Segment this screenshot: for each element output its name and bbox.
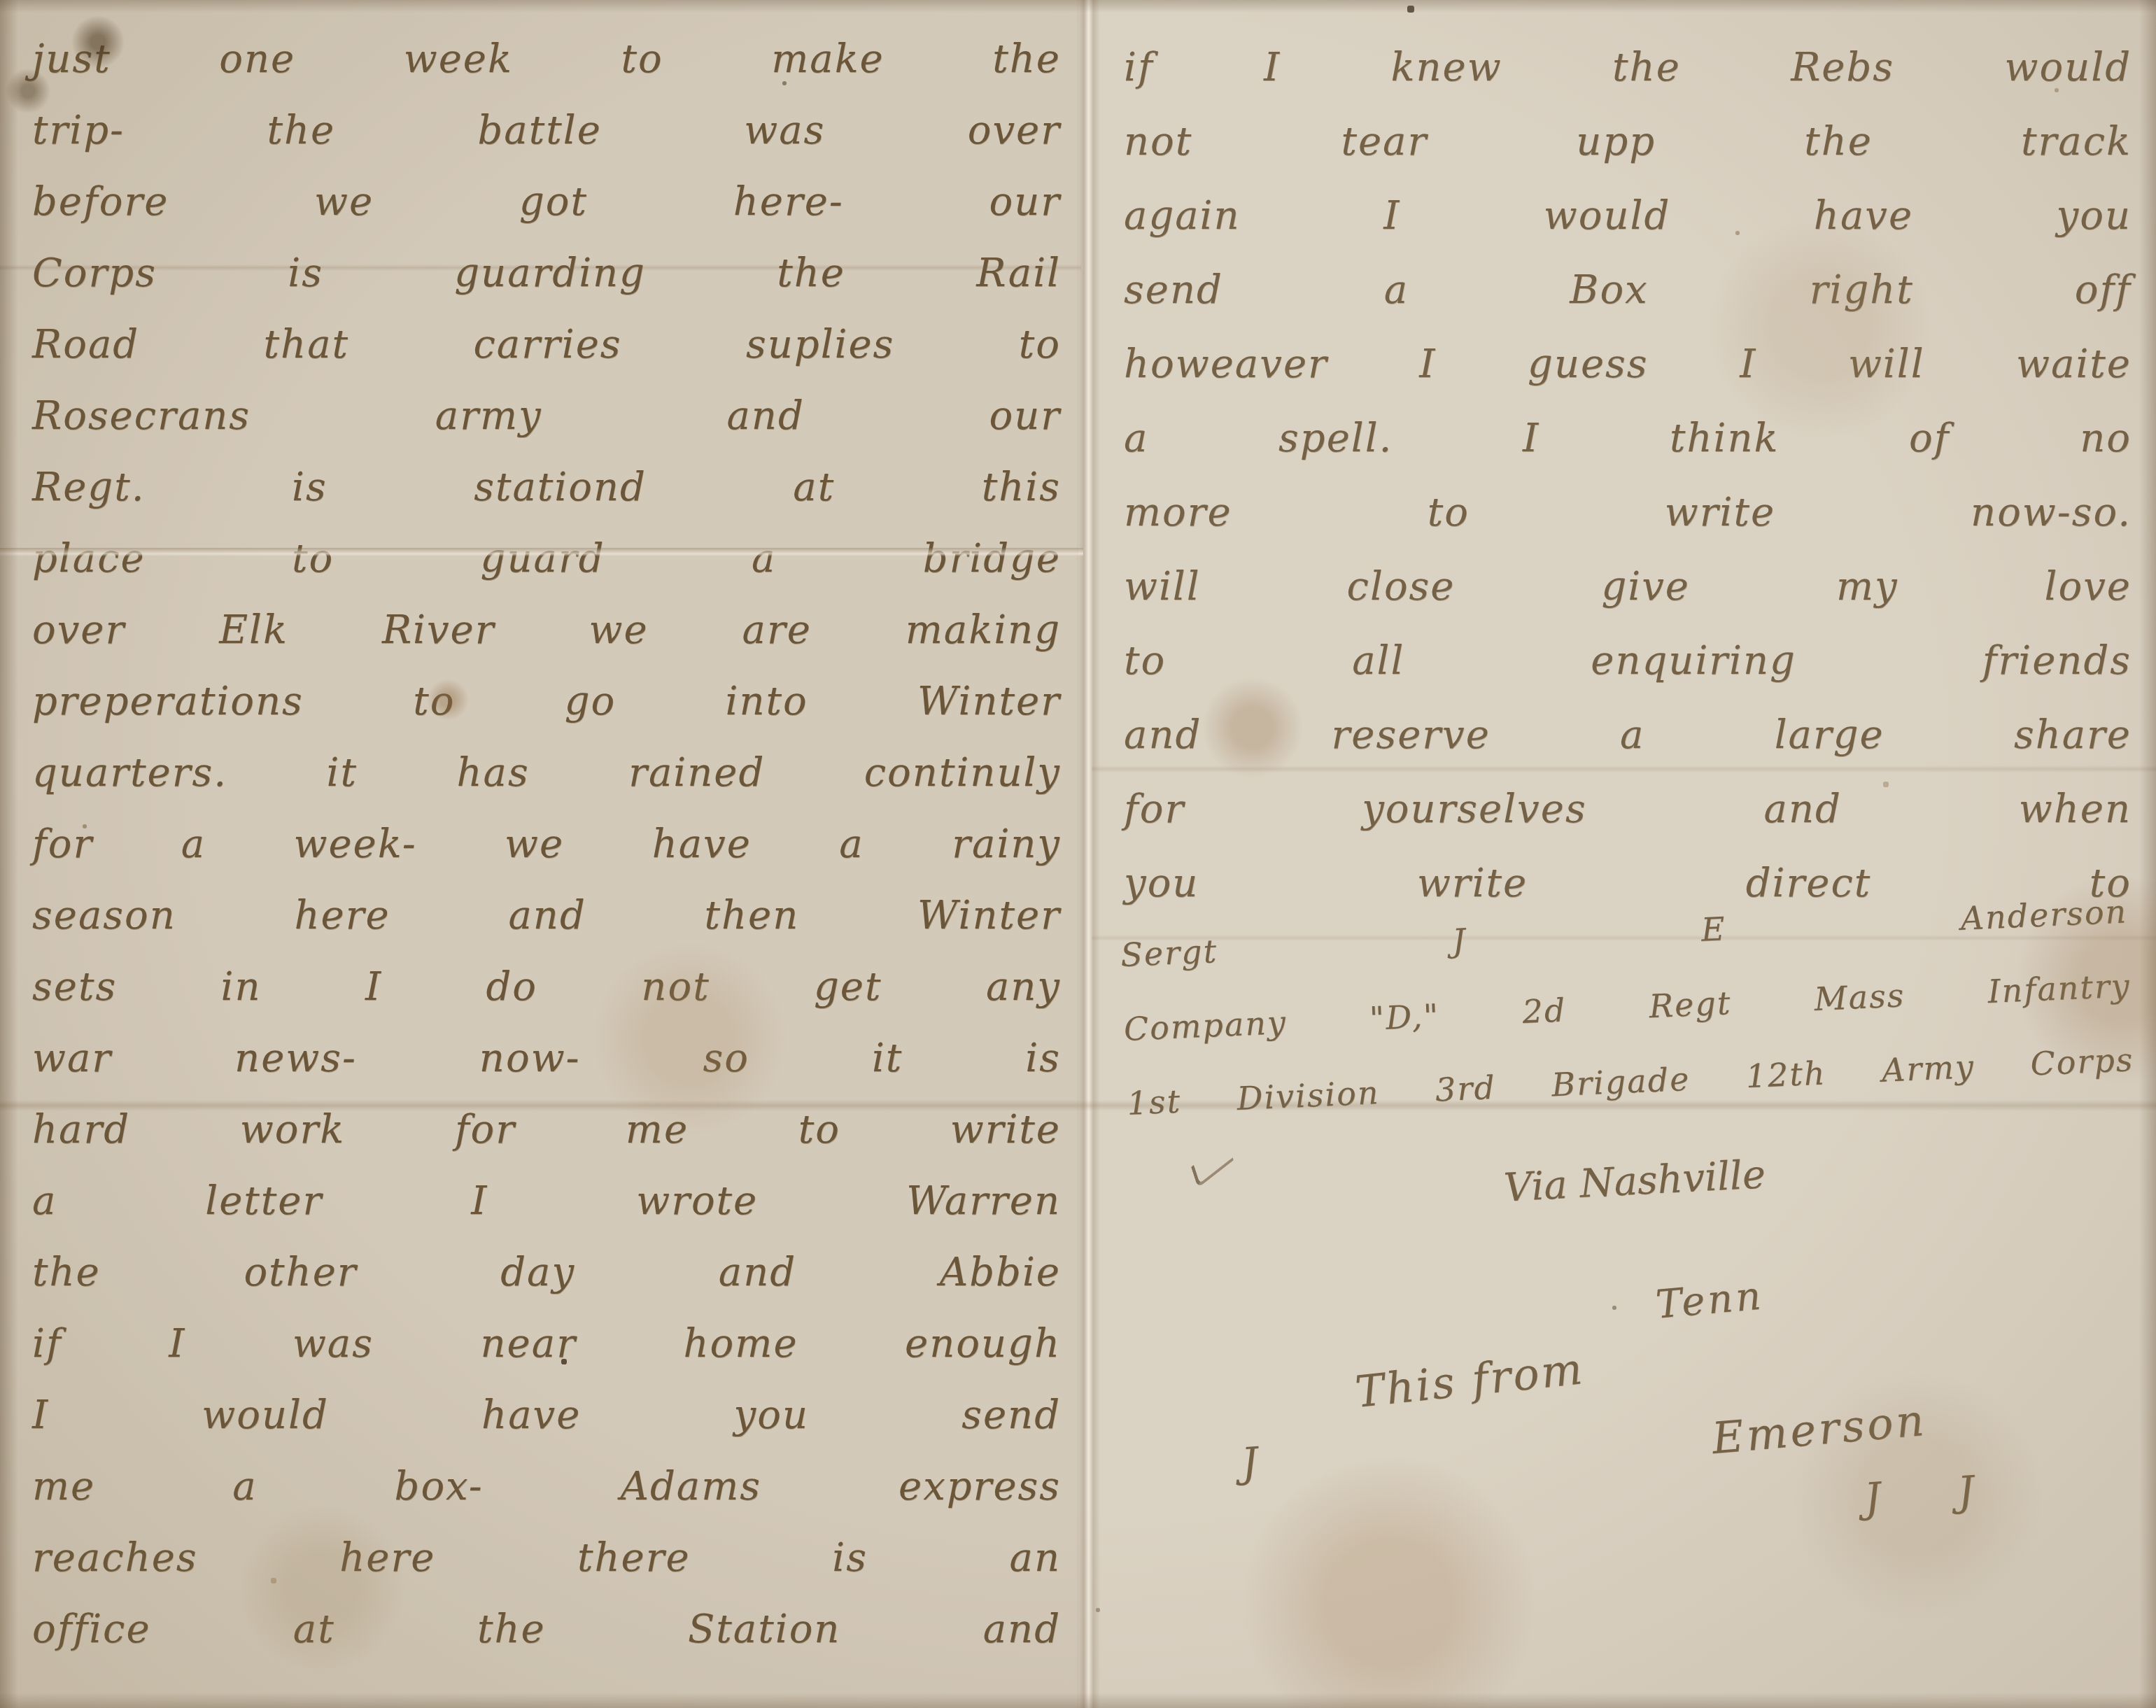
letter-line: Road that carries suplies to: [32, 309, 1061, 381]
letter-line: sets in I do not get any: [32, 952, 1061, 1023]
letter-line: quarters. it has rained continuly: [32, 737, 1061, 809]
letter-line: to all enquiring friends: [1124, 624, 2132, 698]
closing-phrase: This from: [1353, 1343, 1586, 1418]
letter-line: again I would have you: [1124, 179, 2132, 253]
letter-line: over Elk River we are making: [32, 595, 1061, 666]
routing-via-line: Via Nashville: [1249, 1138, 2020, 1224]
letter-line: if I was near home enough: [32, 1308, 1061, 1380]
letter-line: a letter I wrote Warren: [32, 1166, 1061, 1237]
letter-line: before we got here- our: [32, 167, 1061, 238]
letter-line: I would have you send: [32, 1380, 1061, 1451]
letter-line: more to write now-so.: [1124, 476, 2132, 550]
letter-page-left: just one week to make the trip- the batt…: [32, 24, 1061, 1703]
letter-line: trip- the battle was over: [32, 95, 1061, 167]
letter-line: war news- now- so it is: [32, 1023, 1061, 1094]
signature-initials-right: J J: [1863, 1464, 2008, 1522]
letter-line: preperations to go into Winter: [32, 666, 1061, 737]
letter-line: if I knew the Rebs would: [1124, 31, 2132, 105]
ink-specks: [0, 0, 1, 1]
letter-line: season here and then Winter: [32, 880, 1061, 952]
letter-line: the other day and Abbie: [32, 1237, 1061, 1308]
letter-line: send a Box right off: [1124, 253, 2132, 327]
letter-line: and reserve a large share: [1124, 698, 2132, 772]
letter-line: me a box- Adams express: [32, 1451, 1061, 1523]
letter-line: place to guard a bridge: [32, 523, 1061, 595]
letter-line: for yourselves and when: [1124, 772, 2132, 847]
letter-scan-sheet: just one week to make the trip- the batt…: [0, 0, 2156, 1708]
letter-line: Rosecrans army and our: [32, 381, 1061, 452]
center-fold-crease: [1076, 0, 1100, 1708]
address-block: Sergt J E Anderson Company "D," 2d Regt …: [1119, 874, 2136, 1141]
letter-line: will close give my love: [1124, 550, 2132, 624]
letter-line: Regt. is stationd at this: [32, 452, 1061, 523]
letter-line: a spell. I think of no: [1124, 402, 2132, 476]
letter-page-right: if I knew the Rebs would not tear upp th…: [1124, 31, 2132, 1703]
letter-line: just one week to make the: [32, 24, 1061, 95]
letter-line: Corps is guarding the Rail: [32, 238, 1061, 309]
letter-line: reaches here there is an: [32, 1523, 1061, 1594]
signature-name: Emerson: [1710, 1395, 1929, 1464]
signature-initial-left: J: [1240, 1438, 1260, 1486]
letter-line: office at the Station and: [32, 1594, 1061, 1665]
letter-line: hard work for me to write: [32, 1094, 1061, 1166]
routing-state-line: Tenn: [1654, 1273, 1765, 1327]
letter-line: howeaver I guess I will waite: [1124, 327, 2132, 402]
letter-line: not tear upp the track: [1124, 105, 2132, 179]
letter-line: for a week- we have a rainy: [32, 809, 1061, 880]
